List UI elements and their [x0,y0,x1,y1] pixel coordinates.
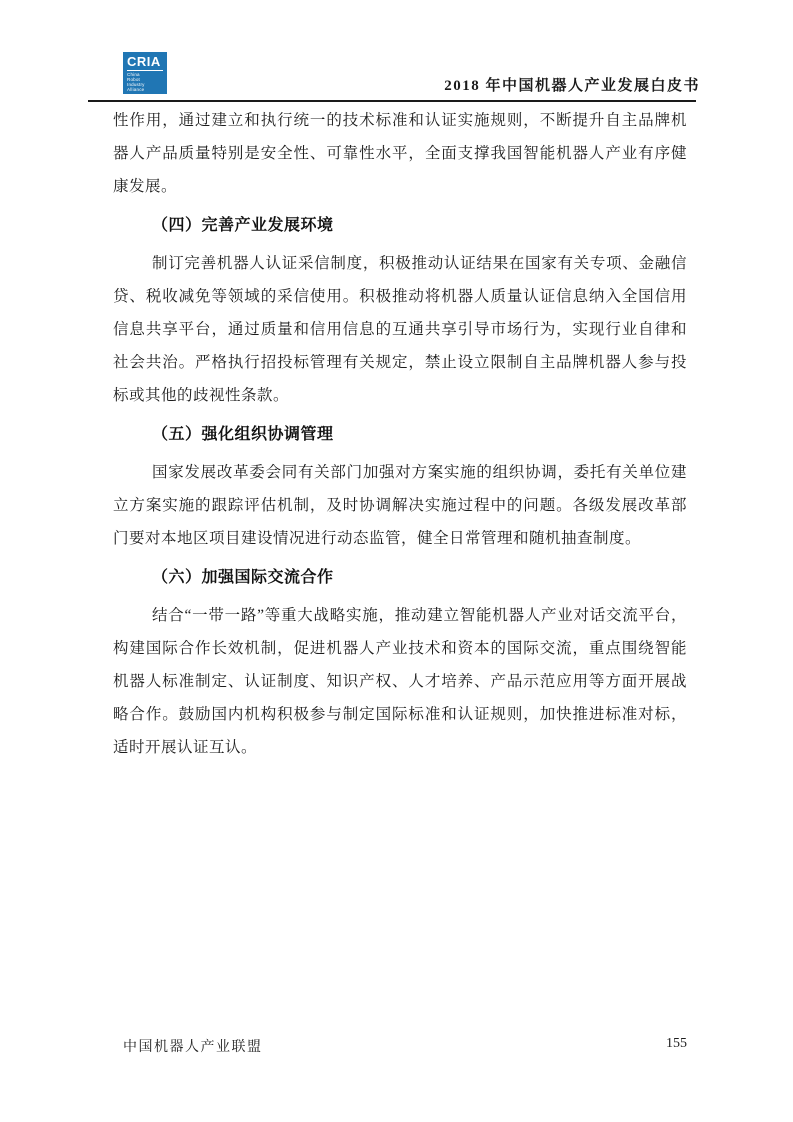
cria-logo: CRIA China Robot Industry Alliance [123,52,167,94]
page-number: 155 [666,1036,687,1052]
paragraph-continuation: 性作用，通过建立和执行统一的技术标准和认证实施规则，不断提升自主品牌机器人产品质… [113,104,687,203]
document-body: 性作用，通过建立和执行统一的技术标准和认证实施规则，不断提升自主品牌机器人产品质… [113,104,687,764]
cria-logo-subtext-line: Alliance [127,87,163,92]
section-paragraph: 结合“一带一路”等重大战略实施，推动建立智能机器人产业对话交流平台，构建国际合作… [113,599,687,764]
section-paragraph: 制订完善机器人认证采信制度，积极推动认证结果在国家有关专项、金融信贷、税收减免等… [113,247,687,412]
section-paragraph: 国家发展改革委会同有关部门加强对方案实施的组织协调，委托有关单位建立方案实施的跟… [113,456,687,555]
footer-organization: 中国机器人产业联盟 [123,1036,263,1056]
cria-logo-text: CRIA [127,55,163,71]
header-title: 2018 年中国机器人产业发展白皮书 [444,74,700,95]
section-heading-international-cooperation: （六）加强国际交流合作 [113,561,687,594]
section-heading-improve-environment: （四）完善产业发展环境 [113,209,687,242]
section-heading-strengthen-coordination: （五）强化组织协调管理 [113,418,687,451]
document-page: CRIA China Robot Industry Alliance 2018 … [0,0,793,1122]
header-rule [88,100,696,102]
cria-logo-subtext: China Robot Industry Alliance [127,72,163,92]
